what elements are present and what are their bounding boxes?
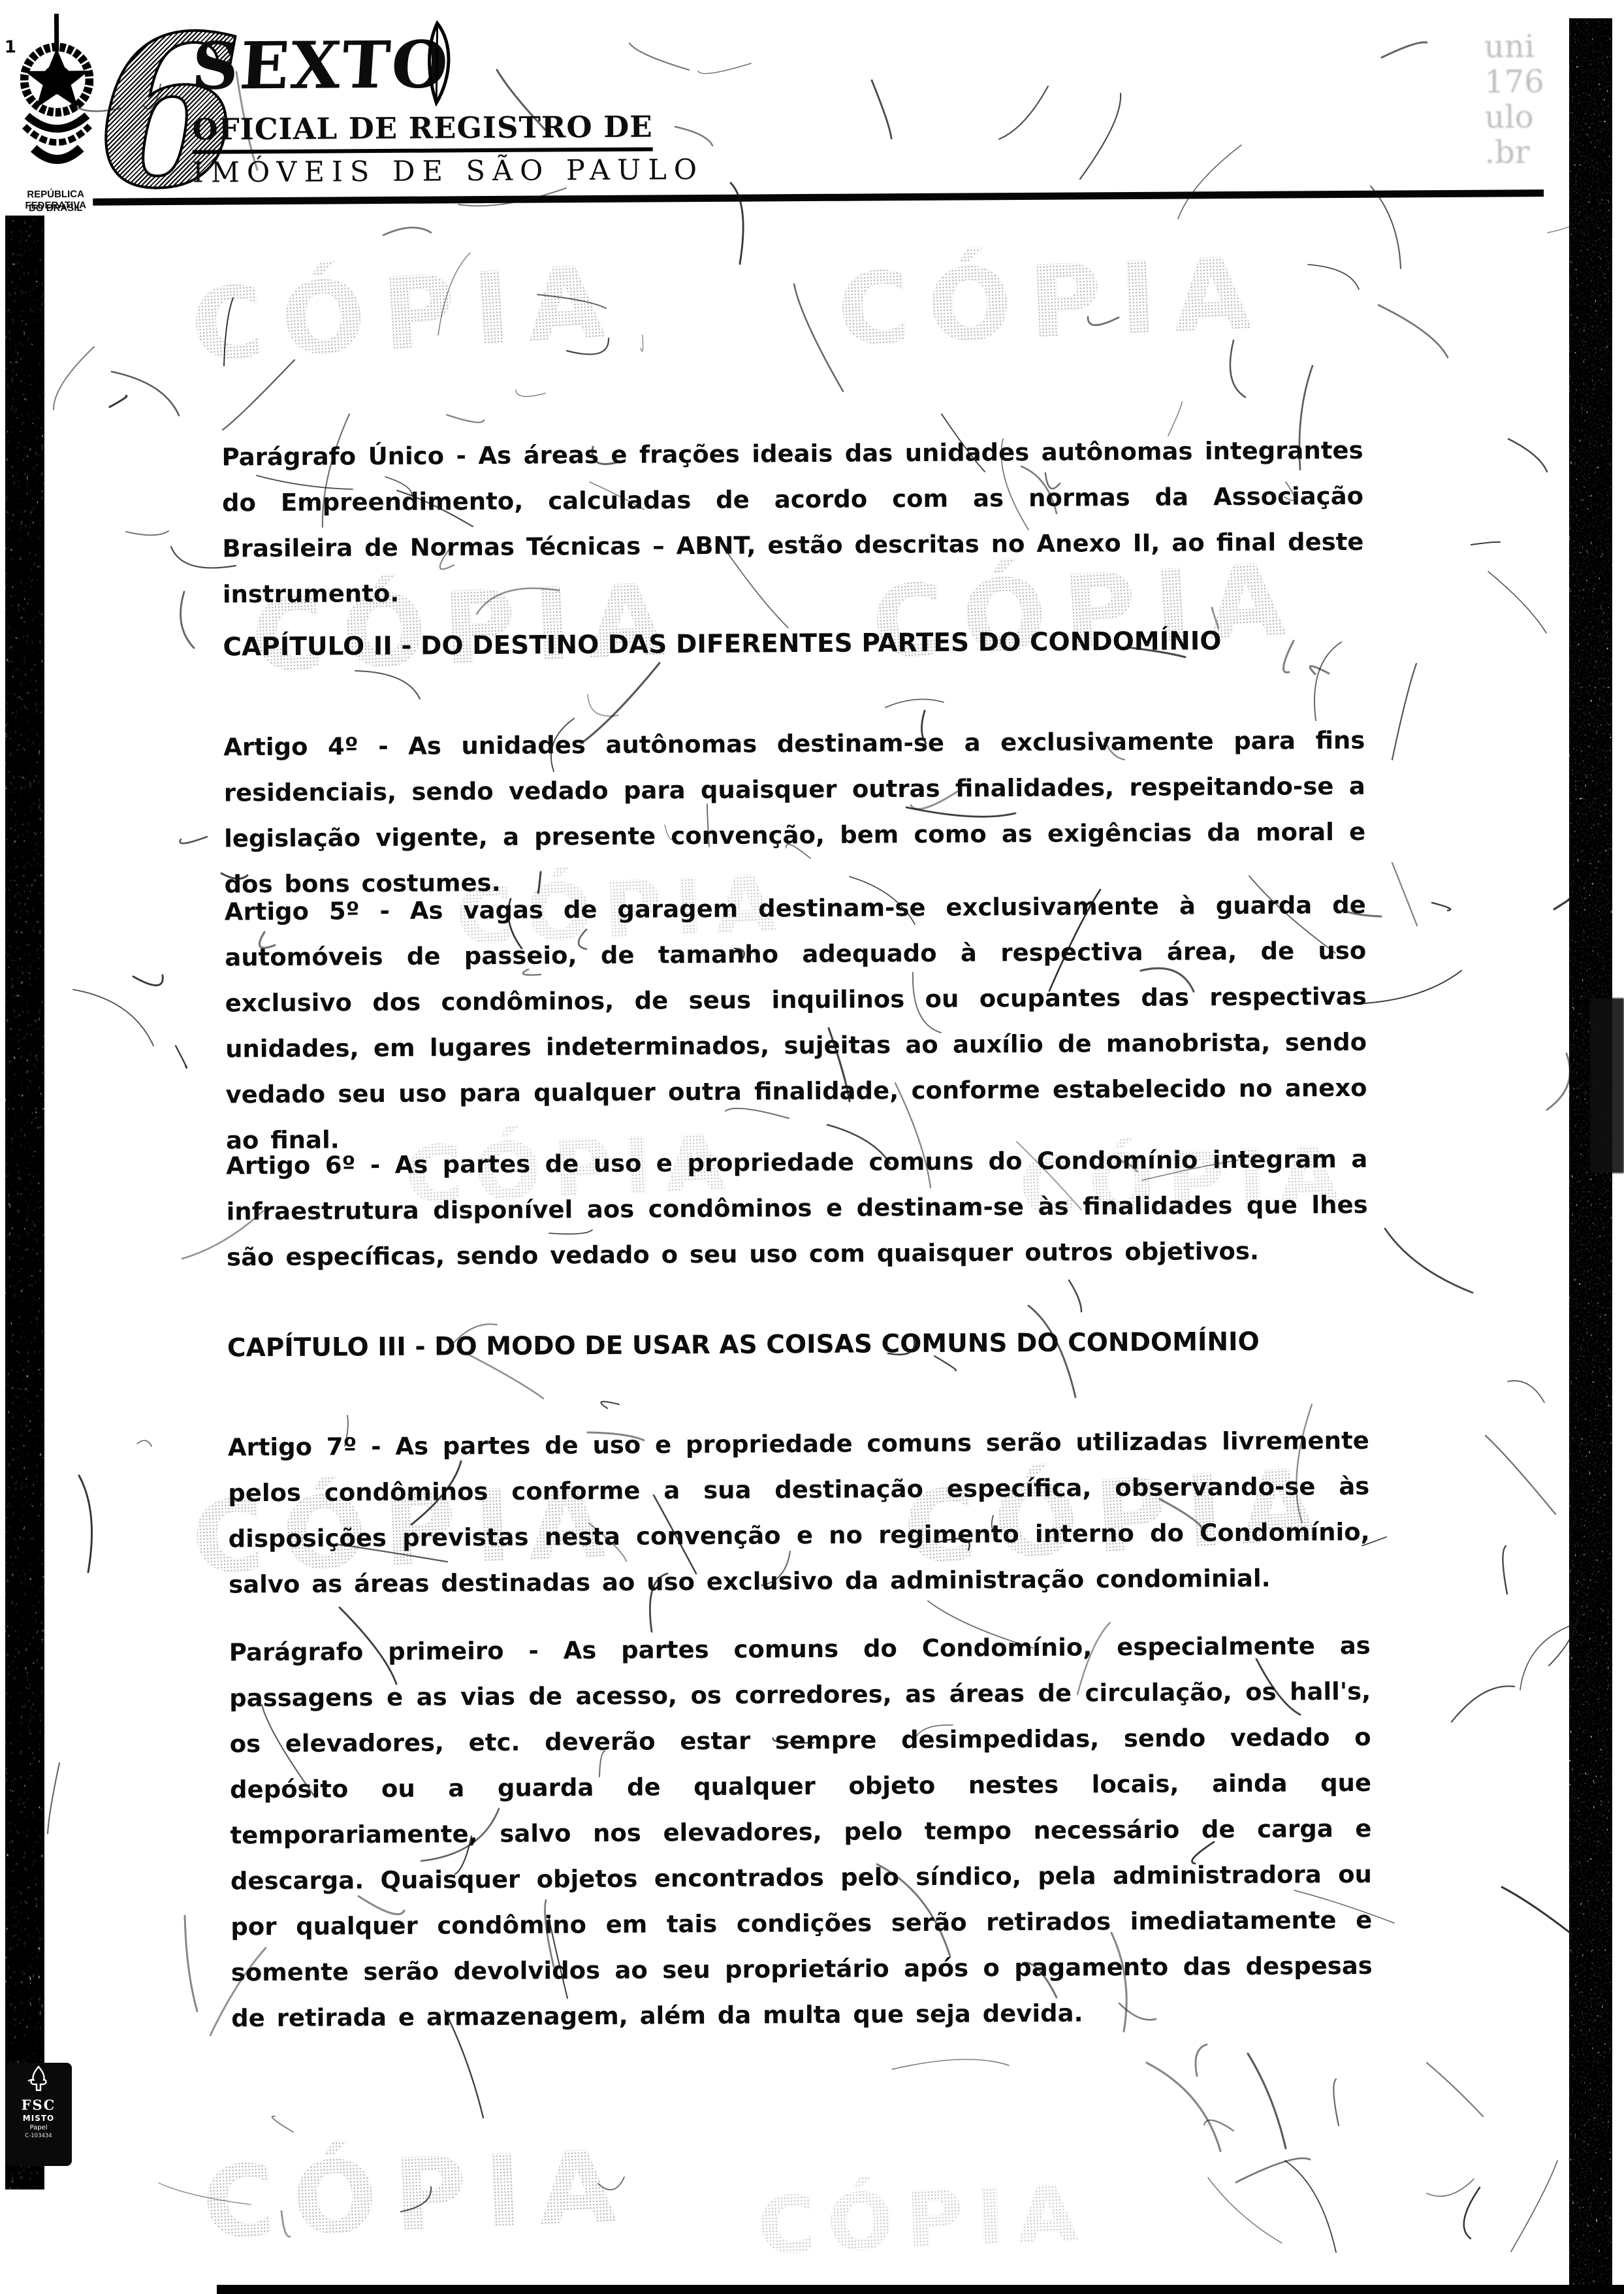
leaf-icon bbox=[417, 20, 458, 108]
ghost-text-fragment: uni bbox=[1484, 28, 1535, 65]
fsc-label-line4: C-103434 bbox=[5, 2133, 72, 2139]
copia-watermark: CÓPIA bbox=[201, 2129, 636, 2261]
paragraph-text: - As vagas de garagem destinam-se exclus… bbox=[225, 891, 1367, 1155]
paragraph-artigo-4: Artigo 4º - As unidades autônomas destin… bbox=[223, 718, 1366, 908]
paragraph-paragrafo-primeiro: Parágrafo primeiro - As partes comuns do… bbox=[229, 1623, 1373, 2042]
ghost-text-fragment: .br bbox=[1485, 134, 1530, 170]
paragraph-artigo-5: Artigo 5º - As vagas de garagem destinam… bbox=[225, 882, 1368, 1164]
paragraph-paragrafo-unico: Parágrafo Único - As áreas e frações ide… bbox=[221, 428, 1364, 618]
fsc-certification-label: FSC MISTO Papel C-103434 bbox=[5, 2063, 72, 2166]
scanned-document-page: REPÚBLICA FEDERATIVA DO BRASIL 6 SEXTO O… bbox=[0, 0, 1624, 2294]
ghost-text-fragment: 176 bbox=[1484, 63, 1544, 101]
paragraph-text: - As unidades autônomas destinam-se a ex… bbox=[224, 726, 1366, 899]
fsc-label-line1: FSC bbox=[5, 2097, 72, 2113]
copia-watermark: CÓPIA bbox=[756, 2168, 1092, 2272]
paragraph-text: - As partes de uso e propriedade comuns … bbox=[227, 1145, 1368, 1272]
fsc-label-line2: MISTO bbox=[5, 2114, 72, 2123]
paragraph-artigo-7: Artigo 7º - As partes de uso e proprieda… bbox=[228, 1418, 1371, 1608]
fsc-tree-icon bbox=[25, 2065, 52, 2094]
paragraph-label: Artigo 7º bbox=[228, 1432, 357, 1461]
paragraph-label: Artigo 5º bbox=[225, 897, 360, 926]
header-rule bbox=[93, 189, 1544, 206]
chapter-3-heading: CAPÍTULO III - DO MODO DE USAR AS COISAS… bbox=[227, 1327, 1260, 1363]
printed-content: REPÚBLICA FEDERATIVA DO BRASIL 6 SEXTO O… bbox=[0, 0, 1624, 2294]
paragraph-label: Artigo 4º bbox=[223, 732, 358, 761]
paragraph-artigo-6: Artigo 6º - As partes de uso e proprieda… bbox=[226, 1137, 1368, 1281]
paragraph-label: Parágrafo Único bbox=[221, 442, 444, 471]
registry-subtitle-line1: OFICIAL DE REGISTRO DE bbox=[192, 109, 652, 153]
ghost-text-fragment: ulo bbox=[1484, 99, 1534, 135]
copia-watermark: CÓPIA bbox=[836, 236, 1271, 368]
document-body: Parágrafo Único - As áreas e frações ide… bbox=[219, 0, 1360, 4]
paragraph-label: Parágrafo primeiro bbox=[229, 1637, 504, 1667]
brazil-coat-of-arms-icon bbox=[20, 11, 94, 180]
chapter-2-heading: CAPÍTULO II - DO DESTINO DAS DIFERENTES … bbox=[223, 626, 1221, 662]
registry-subtitle-line2: IMÓVEIS DE SÃO PAULO bbox=[193, 153, 704, 189]
fsc-label-line3: Papel bbox=[5, 2124, 72, 2131]
paragraph-text: - As partes comuns do Condomínio, especi… bbox=[229, 1632, 1373, 2033]
paragraph-text: - As partes de uso e propriedade comuns … bbox=[228, 1427, 1370, 1599]
paragraph-label: Artigo 6º bbox=[226, 1151, 355, 1180]
corner-mark: 1 bbox=[5, 37, 16, 57]
registry-header: REPÚBLICA FEDERATIVA DO BRASIL 6 SEXTO O… bbox=[0, 0, 1617, 5]
registry-name: SEXTO bbox=[189, 27, 451, 104]
copia-watermark: CÓPIA bbox=[189, 245, 625, 383]
